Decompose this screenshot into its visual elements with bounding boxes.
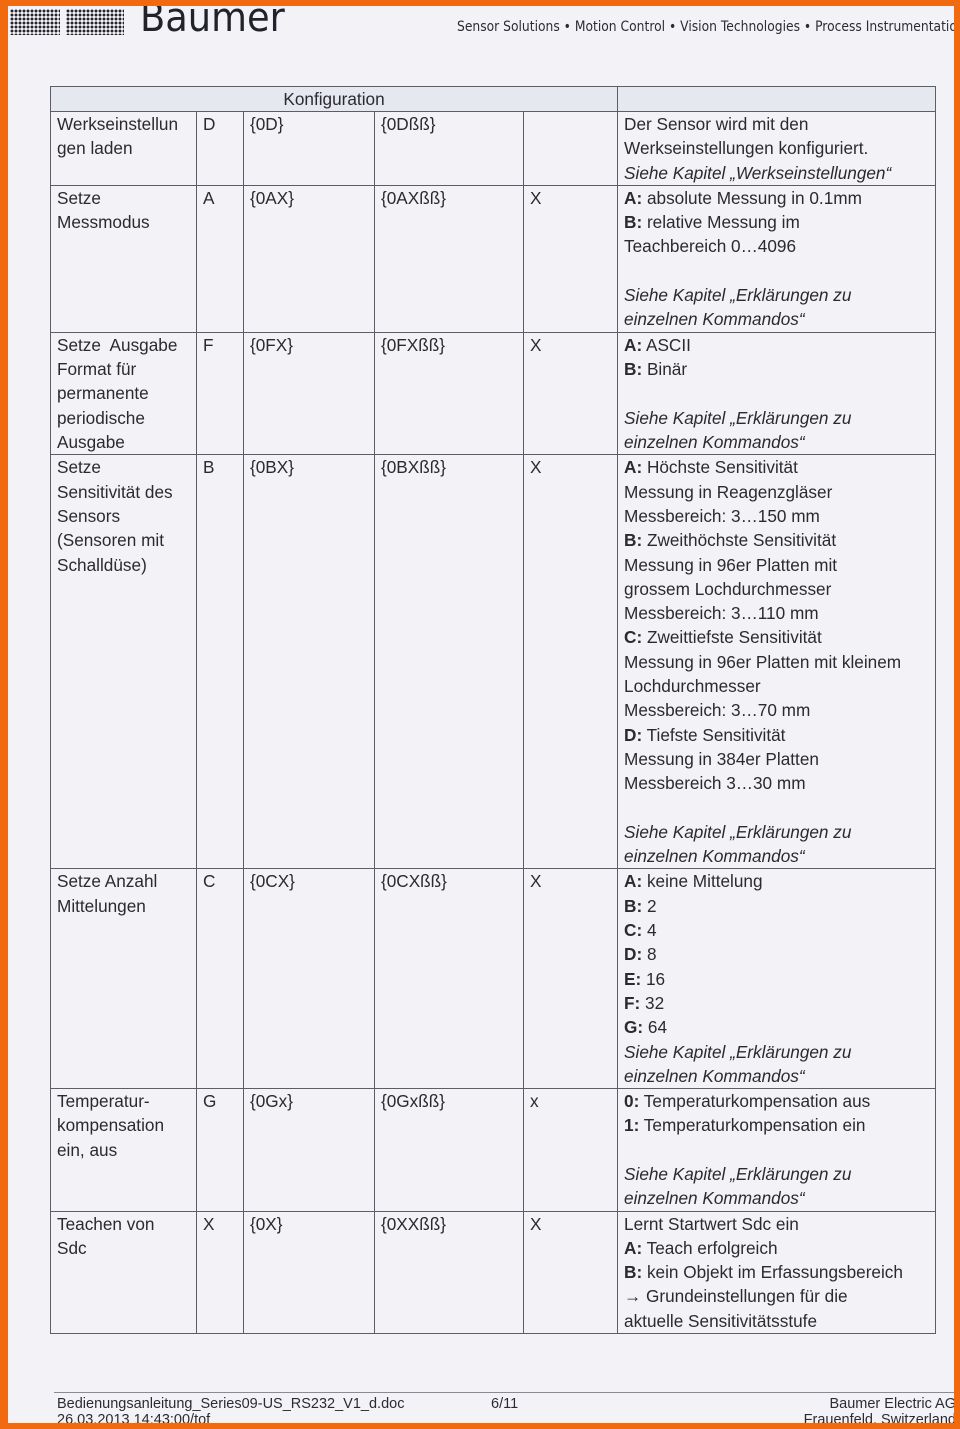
- logo-dot-pattern-icon: [10, 9, 124, 35]
- option-label: A:: [624, 871, 642, 891]
- command-name-line: kompensation: [57, 1113, 190, 1137]
- option-label: 1:: [624, 1115, 639, 1135]
- description-cell: Lernt Startwert Sdc einA: Teach erfolgre…: [618, 1211, 936, 1333]
- chapter-reference: Siehe Kapitel „Erklärungen zu: [624, 406, 929, 430]
- blank-line: [624, 796, 929, 820]
- command-name-line: Mittelungen: [57, 894, 190, 918]
- description-line: F: 32: [624, 991, 929, 1015]
- parameter-cell: x: [524, 1089, 618, 1211]
- description-text: keine Mittelung: [642, 871, 762, 891]
- description-text: 16: [641, 969, 665, 989]
- chapter-reference: einzelnen Kommandos“: [624, 307, 929, 331]
- chapter-reference: Siehe Kapitel „Erklärungen zu: [624, 1040, 929, 1064]
- command-name-line: Sensors: [57, 504, 190, 528]
- option-label: A:: [624, 335, 642, 355]
- command-name-line: Temperatur-: [57, 1089, 190, 1113]
- parameter-cell: X: [524, 455, 618, 869]
- description-text: Siehe Kapitel „Werkseinstellungen“: [624, 163, 891, 183]
- description-cell: A: keine MittelungB: 2C: 4D: 8E: 16F: 32…: [618, 869, 936, 1089]
- description-text: Höchste Sensitivität: [642, 457, 798, 477]
- chapter-reference: einzelnen Kommandos“: [624, 844, 929, 868]
- table-row: Setze AusgabeFormat fürpermanenteperiodi…: [51, 332, 936, 454]
- description-line: Messung in 96er Platten mit kleinem: [624, 650, 929, 674]
- command-name-line: Messmodus: [57, 210, 190, 234]
- command-name-line: Setze Ausgabe: [57, 333, 190, 357]
- configuration-table: Konfiguration Werkseinstellungen ladenD{…: [50, 86, 936, 1334]
- description-line: E: 16: [624, 967, 929, 991]
- description-line: aktuelle Sensitivitätsstufe: [624, 1309, 929, 1333]
- description-cell: A: Höchste SensitivitätMessung in Reagen…: [618, 455, 936, 869]
- command-letter-cell: F: [197, 332, 244, 454]
- command-letter-cell: B: [197, 455, 244, 869]
- binary-command-cell: {0FXßß}: [375, 332, 524, 454]
- description-line: B: Zweithöchste Sensitivität: [624, 528, 929, 552]
- description-text: Temperaturkompensation ein: [639, 1115, 865, 1135]
- description-text: Siehe Kapitel „Erklärungen zu: [624, 408, 851, 428]
- description-text: relative Messung im: [642, 212, 800, 232]
- parameter-cell: [524, 112, 618, 186]
- description-text: Tiefste Sensitivität: [642, 725, 785, 745]
- description-text: aktuelle Sensitivitätsstufe: [624, 1311, 817, 1331]
- description-line: C: Zweittiefste Sensitivität: [624, 625, 929, 649]
- baumer-logo: Baumer: [10, 6, 297, 42]
- description-cell: Der Sensor wird mit denWerkseinstellunge…: [618, 112, 936, 186]
- description-text: ASCII: [642, 335, 691, 355]
- option-label: B:: [624, 1262, 642, 1282]
- description-line: C: 4: [624, 918, 929, 942]
- description-text: Siehe Kapitel „Erklärungen zu: [624, 1164, 851, 1184]
- description-cell: A: ASCIIB: BinärSiehe Kapitel „Erklärung…: [618, 332, 936, 454]
- description-text: einzelnen Kommandos“: [624, 846, 805, 866]
- description-line: Werkseinstellungen konfiguriert.: [624, 136, 929, 160]
- option-label: 0:: [624, 1091, 639, 1111]
- document-page: Baumer Sensor Solutions • Motion Control…: [8, 6, 954, 1423]
- description-line: 0: Temperaturkompensation aus: [624, 1089, 929, 1113]
- description-line: B: relative Messung im: [624, 210, 929, 234]
- footer-document-name: Bedienungsanleitung_Series09-US_RS232_V1…: [57, 1396, 404, 1412]
- command-letter-cell: D: [197, 112, 244, 186]
- header-tagline: Sensor Solutions • Motion Control • Visi…: [457, 19, 954, 35]
- description-text: Zweittiefste Sensitivität: [642, 627, 822, 647]
- description-text: → Grundeinstellungen für die: [624, 1286, 848, 1306]
- command-name-line: Schalldüse): [57, 553, 190, 577]
- command-name-line: Sensitivität des: [57, 480, 190, 504]
- description-line: A: Höchste Sensitivität: [624, 455, 929, 479]
- description-text: einzelnen Kommandos“: [624, 309, 805, 329]
- description-text: Messung in 96er Platten mit: [624, 555, 837, 575]
- blank-line: [624, 259, 929, 283]
- description-text: 64: [643, 1017, 667, 1037]
- parameter-cell: X: [524, 185, 618, 332]
- option-label: B:: [624, 359, 642, 379]
- description-text: Siehe Kapitel „Erklärungen zu: [624, 822, 851, 842]
- description-line: Lochdurchmesser: [624, 674, 929, 698]
- description-text: Temperaturkompensation aus: [639, 1091, 870, 1111]
- binary-command-cell: {0XXßß}: [375, 1211, 524, 1333]
- description-text: einzelnen Kommandos“: [624, 432, 805, 452]
- option-label: A:: [624, 1238, 642, 1258]
- description-text: Messbereich: 3…150 mm: [624, 506, 820, 526]
- description-line: A: ASCII: [624, 333, 929, 357]
- description-text: Zweithöchste Sensitivität: [642, 530, 836, 550]
- description-text: Messbereich 3…30 mm: [624, 773, 805, 793]
- description-line: Messung in 384er Platten: [624, 747, 929, 771]
- binary-command-cell: {0Dßß}: [375, 112, 524, 186]
- description-line: Messbereich 3…30 mm: [624, 771, 929, 795]
- description-text: einzelnen Kommandos“: [624, 1188, 805, 1208]
- option-label: C:: [624, 920, 642, 940]
- ascii-command-cell: {0X}: [244, 1211, 375, 1333]
- option-label: B:: [624, 896, 642, 916]
- ascii-command-cell: {0AX}: [244, 185, 375, 332]
- table-row: Teachen vonSdcX{0X}{0XXßß}XLernt Startwe…: [51, 1211, 936, 1333]
- footer-location: Frauenfeld, Switzerland: [804, 1412, 954, 1423]
- command-name-cell: Temperatur-kompensationein, aus: [51, 1089, 197, 1211]
- description-text: 32: [640, 993, 664, 1013]
- description-text: Messung in Reagenzgläser: [624, 482, 832, 502]
- description-text: Teach erfolgreich: [642, 1238, 777, 1258]
- chapter-reference: einzelnen Kommandos“: [624, 1064, 929, 1088]
- description-text: Lernt Startwert Sdc ein: [624, 1214, 799, 1234]
- binary-command-cell: {0CXßß}: [375, 869, 524, 1089]
- table-group-header-row: Konfiguration: [51, 87, 936, 112]
- command-name-line: Ausgabe: [57, 430, 190, 454]
- logo-dot-block-icon: [10, 9, 60, 35]
- description-text: Messung in 384er Platten: [624, 749, 819, 769]
- option-label: B:: [624, 530, 642, 550]
- description-line: Teachbereich 0…4096: [624, 234, 929, 258]
- parameter-cell: X: [524, 332, 618, 454]
- description-line: Lernt Startwert Sdc ein: [624, 1212, 929, 1236]
- description-line: Messung in 96er Platten mit: [624, 553, 929, 577]
- command-name-line: ein, aus: [57, 1138, 190, 1162]
- command-name-line: (Sensoren mit: [57, 528, 190, 552]
- chapter-reference: einzelnen Kommandos“: [624, 430, 929, 454]
- description-line: Messbereich: 3…110 mm: [624, 601, 929, 625]
- chapter-reference: Siehe Kapitel „Erklärungen zu: [624, 1162, 929, 1186]
- command-name-cell: SetzeMessmodus: [51, 185, 197, 332]
- description-text: 4: [642, 920, 656, 940]
- command-letter-cell: C: [197, 869, 244, 1089]
- command-letter-cell: A: [197, 185, 244, 332]
- binary-command-cell: {0BXßß}: [375, 455, 524, 869]
- blank-line: [624, 381, 929, 405]
- group-header-description: [618, 87, 936, 112]
- description-line: D: 8: [624, 942, 929, 966]
- command-name-line: gen laden: [57, 136, 190, 160]
- description-line: Messbereich: 3…70 mm: [624, 698, 929, 722]
- description-line: Der Sensor wird mit den: [624, 112, 929, 136]
- command-name-line: Setze: [57, 455, 190, 479]
- description-line: D: Tiefste Sensitivität: [624, 723, 929, 747]
- description-cell: 0: Temperaturkompensation aus1: Temperat…: [618, 1089, 936, 1211]
- command-name-cell: SetzeSensitivität desSensors(Sensoren mi…: [51, 455, 197, 869]
- option-label: B:: [624, 212, 642, 232]
- description-text: Der Sensor wird mit den: [624, 114, 808, 134]
- parameter-cell: X: [524, 1211, 618, 1333]
- command-name-cell: Teachen vonSdc: [51, 1211, 197, 1333]
- option-label: D:: [624, 944, 642, 964]
- command-name-cell: Werkseinstellungen laden: [51, 112, 197, 186]
- description-line: B: kein Objekt im Erfassungsbereich: [624, 1260, 929, 1284]
- command-name-line: Teachen von: [57, 1212, 190, 1236]
- command-letter-cell: X: [197, 1211, 244, 1333]
- command-letter-cell: G: [197, 1089, 244, 1211]
- option-label: E:: [624, 969, 641, 989]
- ascii-command-cell: {0D}: [244, 112, 375, 186]
- command-name-cell: Setze AnzahlMittelungen: [51, 869, 197, 1089]
- table-row: SetzeMessmodusA{0AX}{0AXßß}XA: absolute …: [51, 185, 936, 332]
- logo-dot-block-icon: [66, 9, 124, 35]
- description-text: Binär: [642, 359, 687, 379]
- description-text: Siehe Kapitel „Erklärungen zu: [624, 1042, 851, 1062]
- option-label: A:: [624, 188, 642, 208]
- command-name-line: Setze: [57, 186, 190, 210]
- ascii-command-cell: {0CX}: [244, 869, 375, 1089]
- description-line: A: absolute Messung in 0.1mm: [624, 186, 929, 210]
- ascii-command-cell: {0Gx}: [244, 1089, 375, 1211]
- group-header-konfiguration: Konfiguration: [51, 87, 618, 112]
- ascii-command-cell: {0BX}: [244, 455, 375, 869]
- command-name-line: Sdc: [57, 1236, 190, 1260]
- logo-wordmark: Baumer: [140, 6, 285, 35]
- description-text: absolute Messung in 0.1mm: [642, 188, 862, 208]
- table-row: Setze AnzahlMittelungenC{0CX}{0CXßß}XA: …: [51, 869, 936, 1089]
- description-line: Messbereich: 3…150 mm: [624, 504, 929, 528]
- description-text: kein Objekt im Erfassungsbereich: [642, 1262, 903, 1282]
- description-line: G: 64: [624, 1015, 929, 1039]
- option-label: C:: [624, 627, 642, 647]
- ascii-command-cell: {0FX}: [244, 332, 375, 454]
- description-text: Messung in 96er Platten mit kleinem: [624, 652, 901, 672]
- table-row: Temperatur-kompensationein, ausG{0Gx}{0G…: [51, 1089, 936, 1211]
- blank-line: [624, 1138, 929, 1162]
- description-text: Werkseinstellungen konfiguriert.: [624, 138, 868, 158]
- description-cell: A: absolute Messung in 0.1mmB: relative …: [618, 185, 936, 332]
- option-label: G:: [624, 1017, 643, 1037]
- footer-divider: [54, 1392, 954, 1393]
- option-label: F:: [624, 993, 640, 1013]
- description-line: grossem Lochdurchmesser: [624, 577, 929, 601]
- description-line: A: Teach erfolgreich: [624, 1236, 929, 1260]
- table-row: Werkseinstellungen ladenD{0D}{0Dßß}Der S…: [51, 112, 936, 186]
- description-text: Messbereich: 3…70 mm: [624, 700, 810, 720]
- binary-command-cell: {0AXßß}: [375, 185, 524, 332]
- description-line: A: keine Mittelung: [624, 869, 929, 893]
- description-text: einzelnen Kommandos“: [624, 1066, 805, 1086]
- description-text: 8: [642, 944, 656, 964]
- footer-company: Baumer Electric AG: [829, 1396, 954, 1412]
- chapter-reference: Siehe Kapitel „Werkseinstellungen“: [624, 161, 929, 185]
- command-name-line: Format für: [57, 357, 190, 381]
- command-name-line: Werkseinstellun: [57, 112, 190, 136]
- description-text: grossem Lochdurchmesser: [624, 579, 831, 599]
- description-line: B: 2: [624, 894, 929, 918]
- binary-command-cell: {0Gxßß}: [375, 1089, 524, 1211]
- description-text: 2: [642, 896, 656, 916]
- table-row: SetzeSensitivität desSensors(Sensoren mi…: [51, 455, 936, 869]
- description-line: → Grundeinstellungen für die: [624, 1284, 929, 1308]
- description-line: 1: Temperaturkompensation ein: [624, 1113, 929, 1137]
- description-text: Siehe Kapitel „Erklärungen zu: [624, 285, 851, 305]
- command-name-cell: Setze AusgabeFormat fürpermanenteperiodi…: [51, 332, 197, 454]
- chapter-reference: Siehe Kapitel „Erklärungen zu: [624, 283, 929, 307]
- chapter-reference: einzelnen Kommandos“: [624, 1186, 929, 1210]
- command-name-line: periodische: [57, 406, 190, 430]
- option-label: D:: [624, 725, 642, 745]
- chapter-reference: Siehe Kapitel „Erklärungen zu: [624, 820, 929, 844]
- footer-date: 26.03.2013 14:43:00/tof: [57, 1412, 210, 1423]
- parameter-cell: X: [524, 869, 618, 1089]
- description-line: B: Binär: [624, 357, 929, 381]
- description-text: Teachbereich 0…4096: [624, 236, 796, 256]
- option-label: A:: [624, 457, 642, 477]
- description-text: Messbereich: 3…110 mm: [624, 603, 819, 623]
- description-text: Lochdurchmesser: [624, 676, 761, 696]
- command-name-line: permanente: [57, 381, 190, 405]
- description-line: Messung in Reagenzgläser: [624, 480, 929, 504]
- footer-page-number: 6/11: [491, 1396, 518, 1412]
- command-name-line: Setze Anzahl: [57, 869, 190, 893]
